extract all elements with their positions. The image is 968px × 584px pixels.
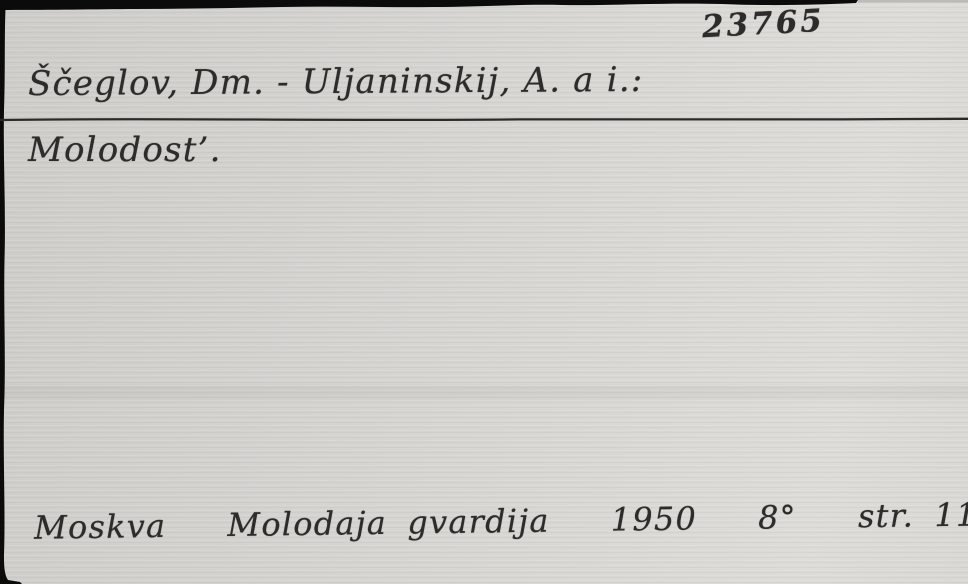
- imprint-line: Moskva Molodaja gvardija 1950 8° str. 11…: [34, 495, 968, 546]
- catalog-card: 23765 Ščeglov, Dm. - Uljaninskij, A. a i…: [0, 0, 968, 584]
- ruled-line: [0, 119, 968, 120]
- catalog-number: 23765: [701, 3, 826, 45]
- author-heading: Ščeglov, Dm. - Uljaninskij, A. a i.:: [28, 60, 644, 104]
- title-line: Molodost’.: [28, 130, 222, 170]
- top-edge-faint: [858, 0, 968, 3]
- left-edge-artifact: [0, 0, 22, 584]
